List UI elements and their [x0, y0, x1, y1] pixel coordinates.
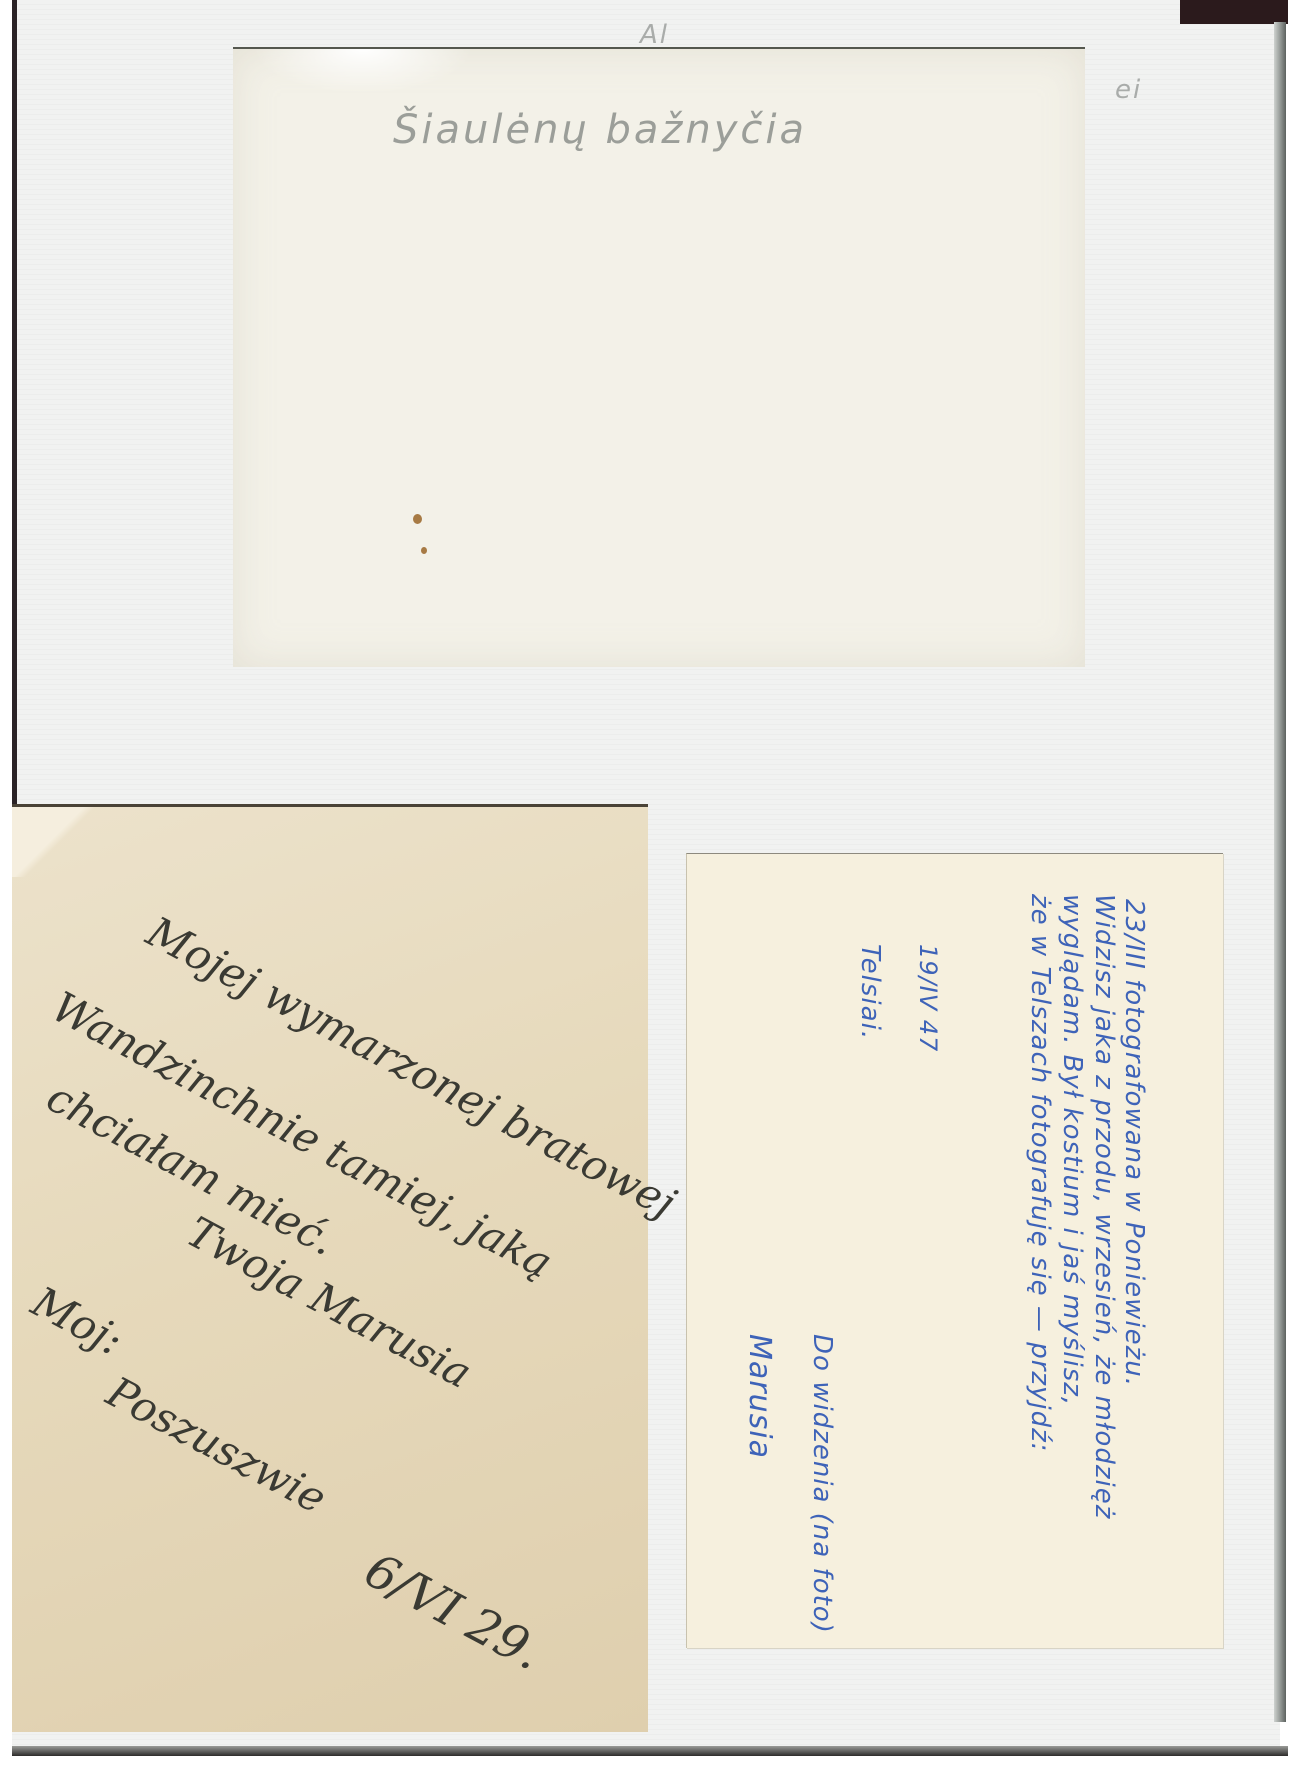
faint-pencil-note-top: Al — [640, 20, 669, 50]
handwritten-line: Widzisz jaka z przodu, wrzesień, że młod… — [1089, 894, 1119, 1519]
photo-back-top: Šiaulėnų bažnyčia — [233, 47, 1085, 667]
handwritten-line: 23/III fotografowana w Poniewieżu. — [1119, 899, 1149, 1387]
stain-spot — [413, 514, 422, 524]
scan-top-edge-shadow — [1180, 0, 1288, 24]
faint-pencil-note-right: ei — [1115, 75, 1142, 105]
handwritten-line: Poszuszwie — [99, 1367, 334, 1523]
handwritten-line: że w Telszach fotografuję się — przyjdź: — [1025, 894, 1055, 1453]
handwritten-line: Moj: — [24, 1277, 131, 1365]
photo-caption: Šiaulėnų bažnyčia — [393, 107, 807, 153]
album-page-bottom-edge — [12, 1746, 1288, 1756]
handwritten-line: wyglądam. Był kostium i jaś myślisz, — [1057, 894, 1087, 1406]
stain-spot — [421, 547, 427, 554]
handwritten-date: 6/VI 29. — [356, 1542, 552, 1682]
handwritten-farewell: Do widzenia (na foto) — [807, 1334, 837, 1634]
handwritten-date: 19/IV 47 — [914, 944, 942, 1052]
handwritten-signature: Marusia — [742, 1334, 777, 1459]
handwritten-place: Telsiai. — [855, 944, 885, 1040]
postcard-right-blue-ink: 23/III fotografowana w Poniewieżu. Widzi… — [686, 853, 1223, 1648]
photo-crease — [253, 49, 473, 94]
postcard-left-sepia: Mojej wymarzonej bratowej Wandzinchnie t… — [12, 804, 648, 1732]
album-page-right-edge — [1274, 22, 1286, 1722]
torn-corner — [12, 807, 102, 877]
